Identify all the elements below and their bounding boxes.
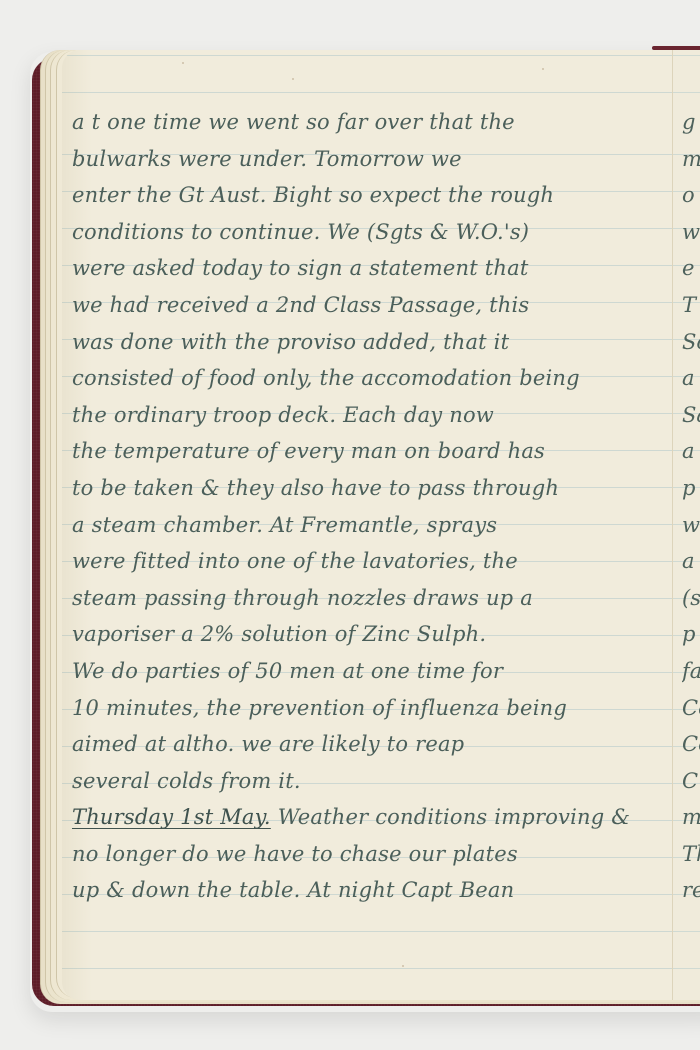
text-line: was done with the proviso added, that it: [72, 324, 662, 361]
facing-fragment: Sa: [682, 397, 700, 434]
facing-fragment: o: [682, 177, 700, 214]
text-line: aimed at altho. we are likely to reap: [72, 726, 662, 763]
facing-fragment: w: [682, 507, 700, 544]
facing-fragment: Th: [682, 836, 700, 873]
text-line: We do parties of 50 men at one time for: [72, 653, 662, 690]
facing-fragment: e: [682, 250, 700, 287]
facing-fragment: C: [682, 763, 700, 800]
text-line: a t one time we went so far over that th…: [72, 104, 662, 141]
facing-fragment: So: [682, 324, 700, 361]
facing-fragment: re: [682, 872, 700, 909]
handwritten-text: a t one time we went so far over that th…: [72, 104, 662, 909]
facing-fragment: a: [682, 543, 700, 580]
facing-page-text: g m o w e T So a Sa a p w a (s p fa Co C…: [682, 104, 700, 909]
facing-fragment: T: [682, 287, 700, 324]
facing-fragment: fa: [682, 653, 700, 690]
text-line: conditions to continue. We (Sgts & W.O.'…: [72, 214, 662, 251]
text-line: vaporiser a 2% solution of Zinc Sulph.: [72, 616, 662, 653]
text-line: 10 minutes, the prevention of influenza …: [72, 690, 662, 727]
text-line: we had received a 2nd Class Passage, thi…: [72, 287, 662, 324]
text-line: a steam chamber. At Fremantle, sprays: [72, 507, 662, 544]
facing-fragment: m: [682, 141, 700, 178]
text-line: to be taken & they also have to pass thr…: [72, 470, 662, 507]
entry-text: Weather conditions improving &: [271, 805, 630, 829]
text-line: steam passing through nozzles draws up a: [72, 580, 662, 617]
facing-fragment: Co: [682, 690, 700, 727]
text-line: enter the Gt Aust. Bight so expect the r…: [72, 177, 662, 214]
text-line: no longer do we have to chase our plates: [72, 836, 662, 873]
facing-fragment: m: [682, 799, 700, 836]
text-line: were asked today to sign a statement tha…: [72, 250, 662, 287]
text-line: several colds from it.: [72, 763, 662, 800]
text-line: the ordinary troop deck. Each day now: [72, 397, 662, 434]
text-line: the temperature of every man on board ha…: [72, 433, 662, 470]
facing-fragment: Co: [682, 726, 700, 763]
entry-date: Thursday 1st May.: [72, 805, 271, 829]
text-line: up & down the table. At night Capt Bean: [72, 872, 662, 909]
text-line: were fitted into one of the lavatories, …: [72, 543, 662, 580]
facing-fragment: p: [682, 470, 700, 507]
diary-entry-heading: Thursday 1st May. Weather conditions imp…: [72, 799, 662, 836]
facing-fragment: g: [682, 104, 700, 141]
text-line: consisted of food only, the accomodation…: [72, 360, 662, 397]
facing-fragment: a: [682, 360, 700, 397]
text-line: bulwarks were under. Tomorrow we: [72, 141, 662, 178]
facing-fragment: (s: [682, 580, 700, 617]
facing-fragment: p: [682, 616, 700, 653]
facing-fragment: w: [682, 214, 700, 251]
facing-fragment: a: [682, 433, 700, 470]
